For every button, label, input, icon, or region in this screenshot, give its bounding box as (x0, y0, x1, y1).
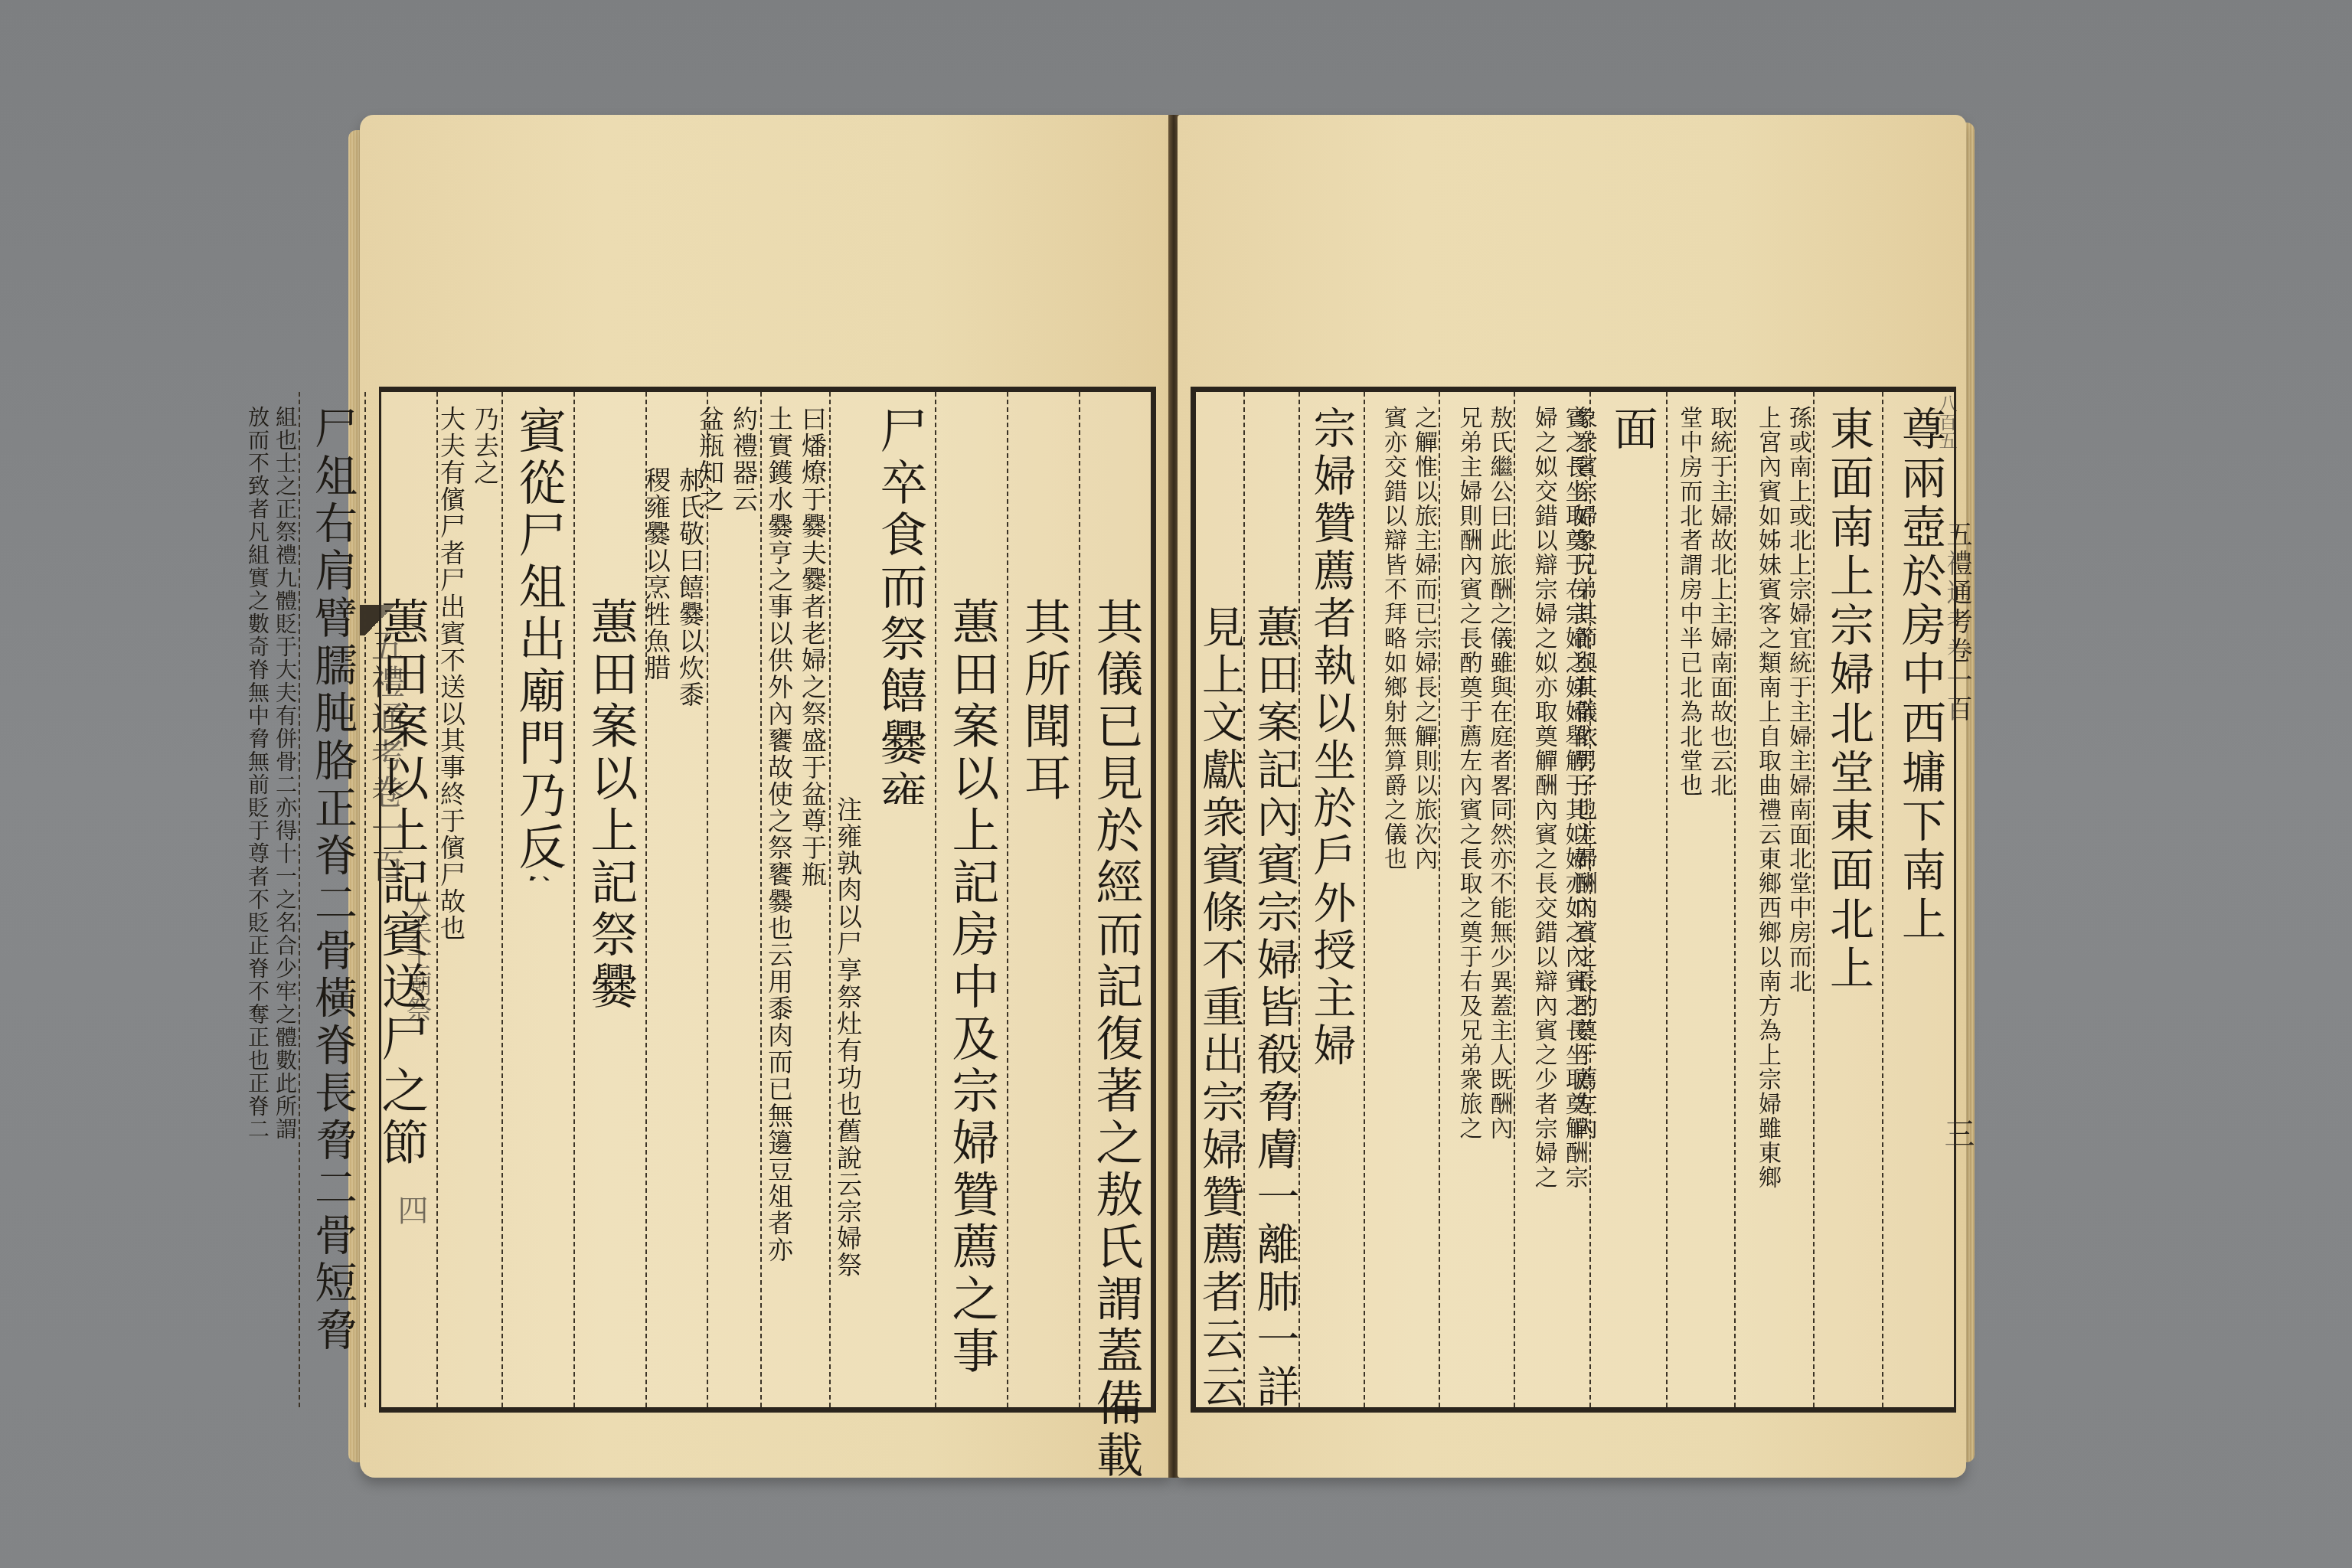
annotation-block: 乃去之 大夫有儐尸者尸出賓不送以其事終于儐尸故也 (434, 406, 501, 1407)
text-column-annotation: 之觶惟以旅主婦而已宗婦長之觶則以旅次內 賓亦交錯以辯皆不拜略如鄉射無算爵之儀也 (1364, 392, 1439, 1407)
annotation-line: 象衆賓宗婦象兄弟其節與其儀依男子也主婦酬內賓之長酌奠于薦左內 (1568, 406, 1599, 1393)
text-column-annotation: 約禮器云 盆瓶知之 (707, 392, 760, 1407)
open-book: 五禮通考卷一百 大夫士廟祭 四 其儀已見於經而記復著之敖氏謂蓋備載 其所聞耳 蕙… (0, 0, 2352, 1568)
annotation-block: 曰燔燎于爨夫爨者老婦之祭盛于盆尊于瓶 土實鑊水爨亨之事以供外內饔故使之祭饔爨也云… (762, 406, 829, 1407)
main-text: 蕙田案以上記賓送尸之節 (366, 406, 436, 1407)
main-text: 尊兩壺於房中西墉下南上 (1886, 406, 1954, 1393)
annotation-line: 堂中房而北者謂房中半已北為北堂也 (1673, 406, 1704, 1407)
annotation-block: 孫或南上或北上宗婦宜統于主婦主婦南面北堂中房而北 上宮內賓如姊妹賓客之類南上自取… (1752, 406, 1813, 1407)
right-text-frame: 尊兩壺於房中西墉下南上 東面南上宗婦北堂東面北上 孫或南上或北上宗婦宜統于主婦主… (1191, 387, 1956, 1413)
main-text: 宗婦贊薦者執以坐於戶外授主婦 (1299, 406, 1364, 1407)
text-column-annotation: 敖氏繼公曰此旅酬之儀雖與在庭者畧同然亦不能無少異蓋主人既酬內 兄弟主婦則酬內賓之… (1439, 392, 1514, 1407)
annotation-line: 大夫有儐尸者尸出賓不送以其事終于儐尸故也 (434, 406, 468, 1407)
text-column-annotation: 取統于主婦故北上主婦南面故也云北 堂中房而北者謂房中半已北為北堂也 (1666, 392, 1734, 1407)
main-text: 東面南上宗婦北堂東面北上 (1815, 406, 1882, 1393)
annotation-line: 兄弟主婦則酬內賓之長酌奠于薦左內賓之長取之奠于右及兄弟衆旅之 (1452, 406, 1483, 1393)
text-column-mixed: 尸卒食而祭饎爨雍爨 注雍孰肉以尸享祭灶有功也舊說云宗婦祭 (829, 392, 935, 1407)
annotation-line: 賓亦交錯以辯皆不拜略如鄉射無算爵之儀也 (1377, 406, 1408, 1407)
main-text: 其儀已見於經而記復著之敖氏謂蓋備載 (1080, 406, 1151, 1407)
text-column-mixed: 面 象衆賓宗婦象兄弟其節與其儀依男子也主婦酬內賓之長酌奠于薦左內 (1589, 392, 1666, 1407)
text-column-mixed: 尊兩壺於房中西墉下南上 (1882, 392, 1954, 1407)
annotation-line: 稷雍爨以烹牲魚腊 (639, 467, 673, 1407)
annotation-line: 放而不致者凡組實之數奇脊無中脅無前貶于尊者不貶正脊不奪正也正脊二 (243, 406, 271, 1407)
text-column: 蕙田案以上記賓送尸之節 (364, 392, 436, 1407)
annotation-line: 土實鑊水爨亨之事以供外內饔故使之祭饔爨也云用黍肉而已無籩豆俎者亦 (762, 406, 795, 1407)
main-text: 見上文獻衆賓條不重出宗婦贊薦者云云 (1196, 406, 1243, 1407)
annotation-block: 約禮器云 盆瓶知之 (693, 406, 760, 1407)
annotation-line: 注雍孰肉以尸享祭灶有功也舊說云宗婦祭 (831, 406, 864, 1407)
main-text: 蕙田案記內賓宗婦皆殽脅膚一離肺一詳 (1251, 406, 1298, 1407)
annotation-block: 之觶惟以旅主婦而已宗婦長之觶則以旅次內 賓亦交錯以辯皆不拜略如鄉射無算爵之儀也 (1377, 406, 1439, 1407)
annotation-block: 組也士之正祭禮九體貶于大夫有併骨二亦得十一之名合少牢之體數此所謂 放而不致者凡組… (243, 406, 299, 1407)
annotation-line: 孫或南上或北上宗婦宜統于主婦主婦南面北堂中房而北 (1782, 406, 1813, 1393)
text-column: 宗婦贊薦者執以坐於戶外授主婦 (1298, 392, 1364, 1407)
text-column-annotation: 曰燔燎于爨夫爨者老婦之祭盛于盆尊于瓶 土實鑊水爨亨之事以供外內饔故使之祭饔爨也云… (760, 392, 829, 1407)
text-column-mixed: 賓從尸俎出廟門乃反位 (501, 392, 573, 1407)
annotation-line: 組也士之正祭禮九體貶于大夫有併骨二亦得十一之名合少牢之體數此所謂 (271, 406, 299, 1407)
text-column: 其儀已見於經而記復著之敖氏謂蓋備載 (1079, 392, 1151, 1407)
text-column: 蕙田案記內賓宗婦皆殽脅膚一離肺一詳 (1243, 392, 1298, 1407)
text-column-annotation: 組也士之正祭禮九體貶于大夫有併骨二亦得十一之名合少牢之體數此所謂 放而不致者凡組… (243, 392, 299, 1407)
annotation-block: 注雍孰肉以尸享祭灶有功也舊說云宗婦祭 (831, 406, 864, 1407)
text-column-mixed: 尸俎右肩臂臑肫胳正脊二骨橫脊長脅二骨短脅 (299, 392, 364, 1407)
annotation-line: 婦之姒交錯以辯宗婦之姒亦取奠觶酬內賓之長交錯以辯內賓之少者宗婦之 (1528, 406, 1559, 1393)
text-column-annotation: 乃去之 大夫有儐尸者尸出賓不送以其事終于儐尸故也 (436, 392, 501, 1407)
annotation-block: 取統于主婦故北上主婦南面故也云北 堂中房而北者謂房中半已北為北堂也 (1673, 406, 1734, 1407)
main-text: 尸俎右肩臂臑肫胳正脊二骨橫脊長脅二骨短脅 (300, 406, 364, 1407)
annotation-line: 取統于主婦故北上主婦南面故也云北 (1704, 406, 1734, 1407)
left-text-frame: 其儀已見於經而記復著之敖氏謂蓋備載 其所聞耳 蕙田案以上記房中及宗婦贊薦之事 尸… (379, 387, 1156, 1413)
annotation-line: 敖氏繼公曰此旅酬之儀雖與在庭者畧同然亦不能無少異蓋主人既酬內 (1483, 406, 1514, 1393)
text-column-mixed: 東面南上宗婦北堂東面北上 (1813, 392, 1882, 1407)
main-text: 面 (1599, 406, 1666, 1407)
text-column: 見上文獻衆賓條不重出宗婦贊薦者云云 (1196, 392, 1243, 1407)
main-text: 其所聞耳 (1008, 406, 1079, 1407)
annotation-block: 敖氏繼公曰此旅酬之儀雖與在庭者畧同然亦不能無少異蓋主人既酬內 兄弟主婦則酬內賓之… (1452, 406, 1514, 1407)
main-text: 蕙田案以上記房中及宗婦贊薦之事 (936, 406, 1007, 1407)
main-text: 賓從尸俎出廟門乃反位 (503, 406, 573, 880)
annotation-line: 盆瓶知之 (693, 406, 727, 1407)
annotation-line: 之觶惟以旅主婦而已宗婦長之觶則以旅次內 (1408, 406, 1439, 1407)
annotation-block: 象衆賓宗婦象兄弟其節與其儀依男子也主婦酬內賓之長酌奠于薦左內 (1568, 406, 1599, 1407)
main-text: 蕙田案以上記祭爨 (575, 406, 645, 1407)
annotation-line: 約禮器云 (727, 406, 760, 1407)
text-column: 蕙田案以上記房中及宗婦贊薦之事 (935, 392, 1007, 1407)
text-column-annotation: 孫或南上或北上宗婦宜統于主婦主婦南面北堂中房而北 上宮內賓如姊妹賓客之類南上自取… (1734, 392, 1813, 1407)
annotation-line: 乃去之 (468, 406, 501, 1407)
annotation-line: 上宮內賓如姊妹賓客之類南上自取曲禮云東鄉西鄉以南方為上宗婦雖東鄉 (1752, 406, 1782, 1393)
text-column: 其所聞耳 (1007, 392, 1079, 1407)
annotation-line: 曰燔燎于爨夫爨者老婦之祭盛于盆尊于瓶 (795, 406, 829, 1407)
main-text: 尸卒食而祭饎爨雍爨 (864, 406, 935, 804)
text-column: 蕙田案以上記祭爨 (573, 392, 645, 1407)
